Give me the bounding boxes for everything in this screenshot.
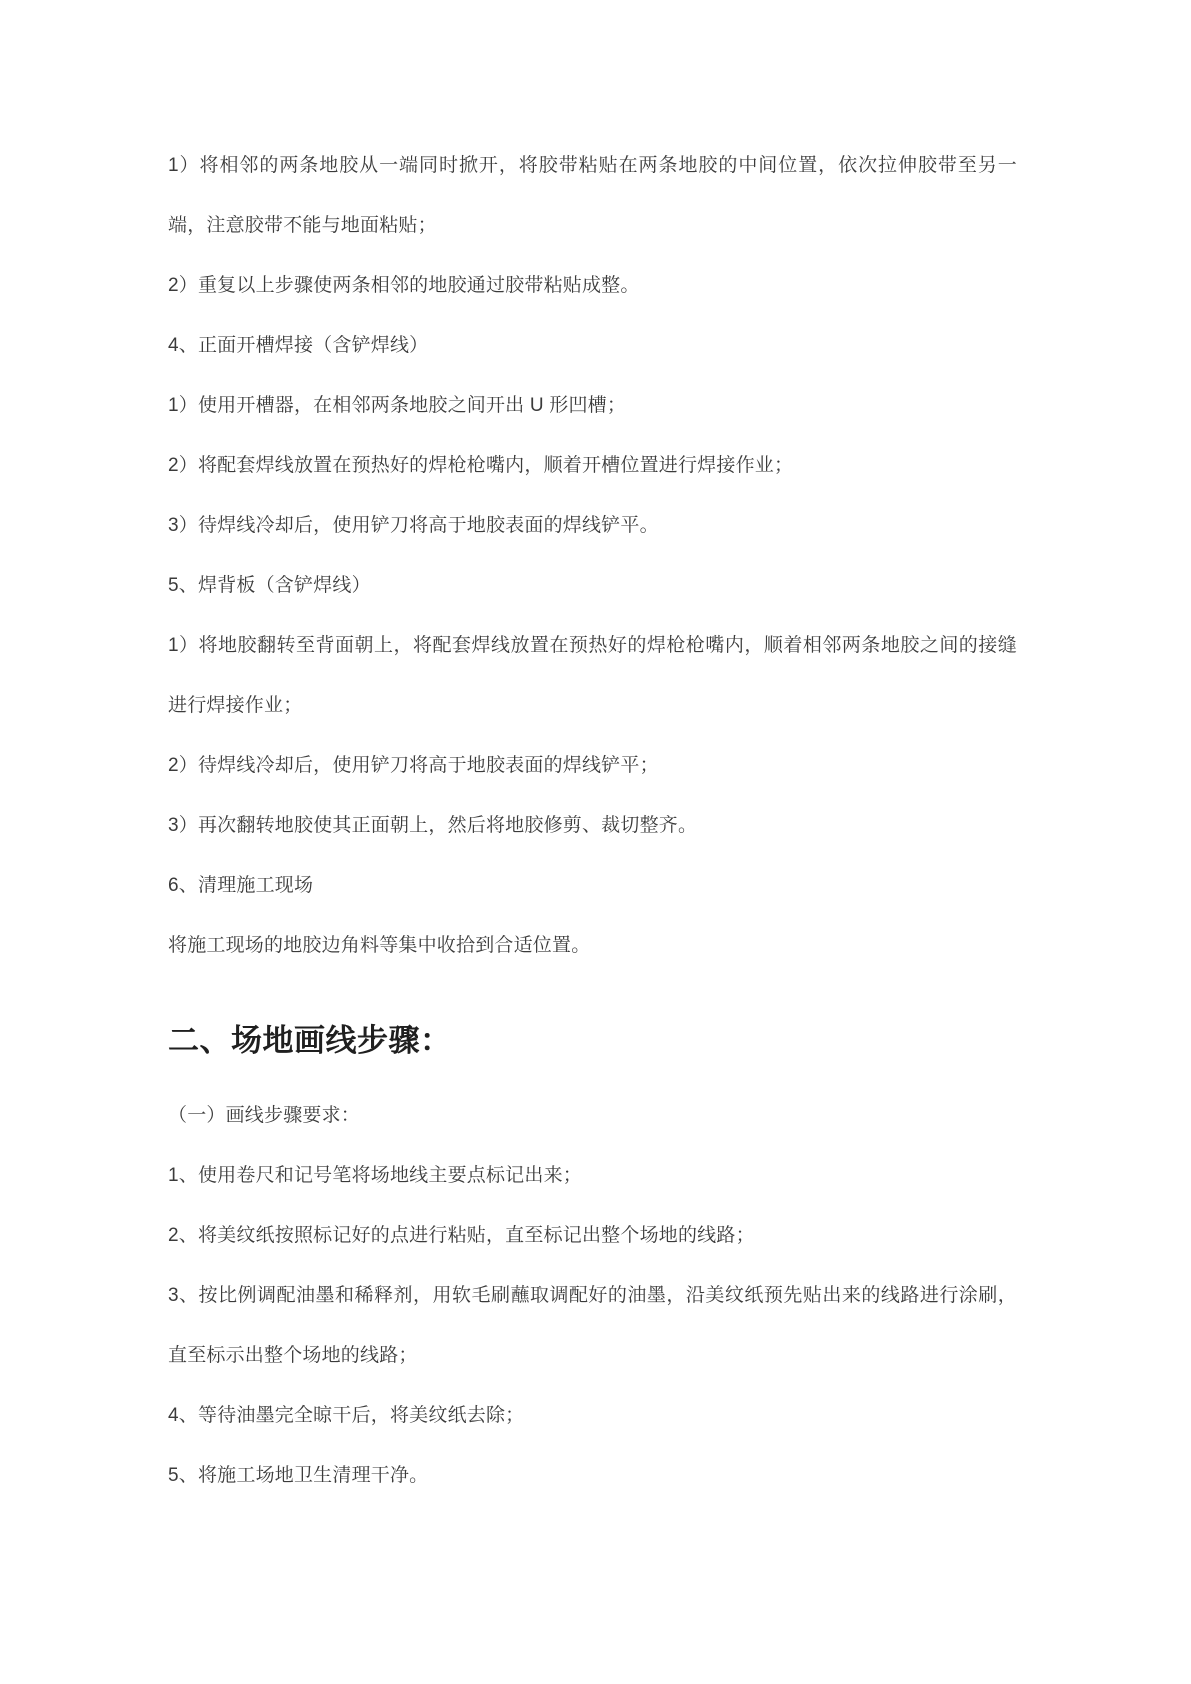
body-paragraph: 1）使用开槽器，在相邻两条地胶之间开出 U 形凹槽； bbox=[168, 376, 1017, 436]
section-heading: 二、场地画线步骤： bbox=[168, 1016, 1017, 1066]
body-paragraph: 5、将施工场地卫生清理干净。 bbox=[168, 1446, 1017, 1506]
body-paragraph: 6、清理施工现场 bbox=[168, 856, 1017, 916]
body-paragraph: （一）画线步骤要求： bbox=[168, 1086, 1017, 1146]
body-paragraph: 4、正面开槽焊接（含铲焊线） bbox=[168, 316, 1017, 376]
body-paragraph: 将施工现场的地胶边角料等集中收拾到合适位置。 bbox=[168, 916, 1017, 976]
body-paragraph: 2）将配套焊线放置在预热好的焊枪枪嘴内，顺着开槽位置进行焊接作业； bbox=[168, 436, 1017, 496]
body-paragraph: 2）重复以上步骤使两条相邻的地胶通过胶带粘贴成整。 bbox=[168, 256, 1017, 316]
document-content: 1）将相邻的两条地胶从一端同时掀开，将胶带粘贴在两条地胶的中间位置，依次拉伸胶带… bbox=[168, 136, 1017, 1506]
body-paragraph: 1、使用卷尺和记号笔将场地线主要点标记出来； bbox=[168, 1146, 1017, 1206]
document-page: 1）将相邻的两条地胶从一端同时掀开，将胶带粘贴在两条地胶的中间位置，依次拉伸胶带… bbox=[0, 0, 1191, 1684]
body-paragraph: 5、焊背板（含铲焊线） bbox=[168, 556, 1017, 616]
body-paragraph: 3）待焊线冷却后，使用铲刀将高于地胶表面的焊线铲平。 bbox=[168, 496, 1017, 556]
body-paragraph: 3、按比例调配油墨和稀释剂，用软毛刷蘸取调配好的油墨，沿美纹纸预先贴出来的线路进… bbox=[168, 1266, 1017, 1386]
body-paragraph: 3）再次翻转地胶使其正面朝上，然后将地胶修剪、裁切整齐。 bbox=[168, 796, 1017, 856]
body-paragraph: 2）待焊线冷却后，使用铲刀将高于地胶表面的焊线铲平； bbox=[168, 736, 1017, 796]
body-paragraph: 4、等待油墨完全晾干后，将美纹纸去除； bbox=[168, 1386, 1017, 1446]
body-paragraph: 1）将地胶翻转至背面朝上，将配套焊线放置在预热好的焊枪枪嘴内，顺着相邻两条地胶之… bbox=[168, 616, 1017, 736]
body-paragraph: 1）将相邻的两条地胶从一端同时掀开，将胶带粘贴在两条地胶的中间位置，依次拉伸胶带… bbox=[168, 136, 1017, 256]
body-paragraph: 2、将美纹纸按照标记好的点进行粘贴，直至标记出整个场地的线路； bbox=[168, 1206, 1017, 1266]
